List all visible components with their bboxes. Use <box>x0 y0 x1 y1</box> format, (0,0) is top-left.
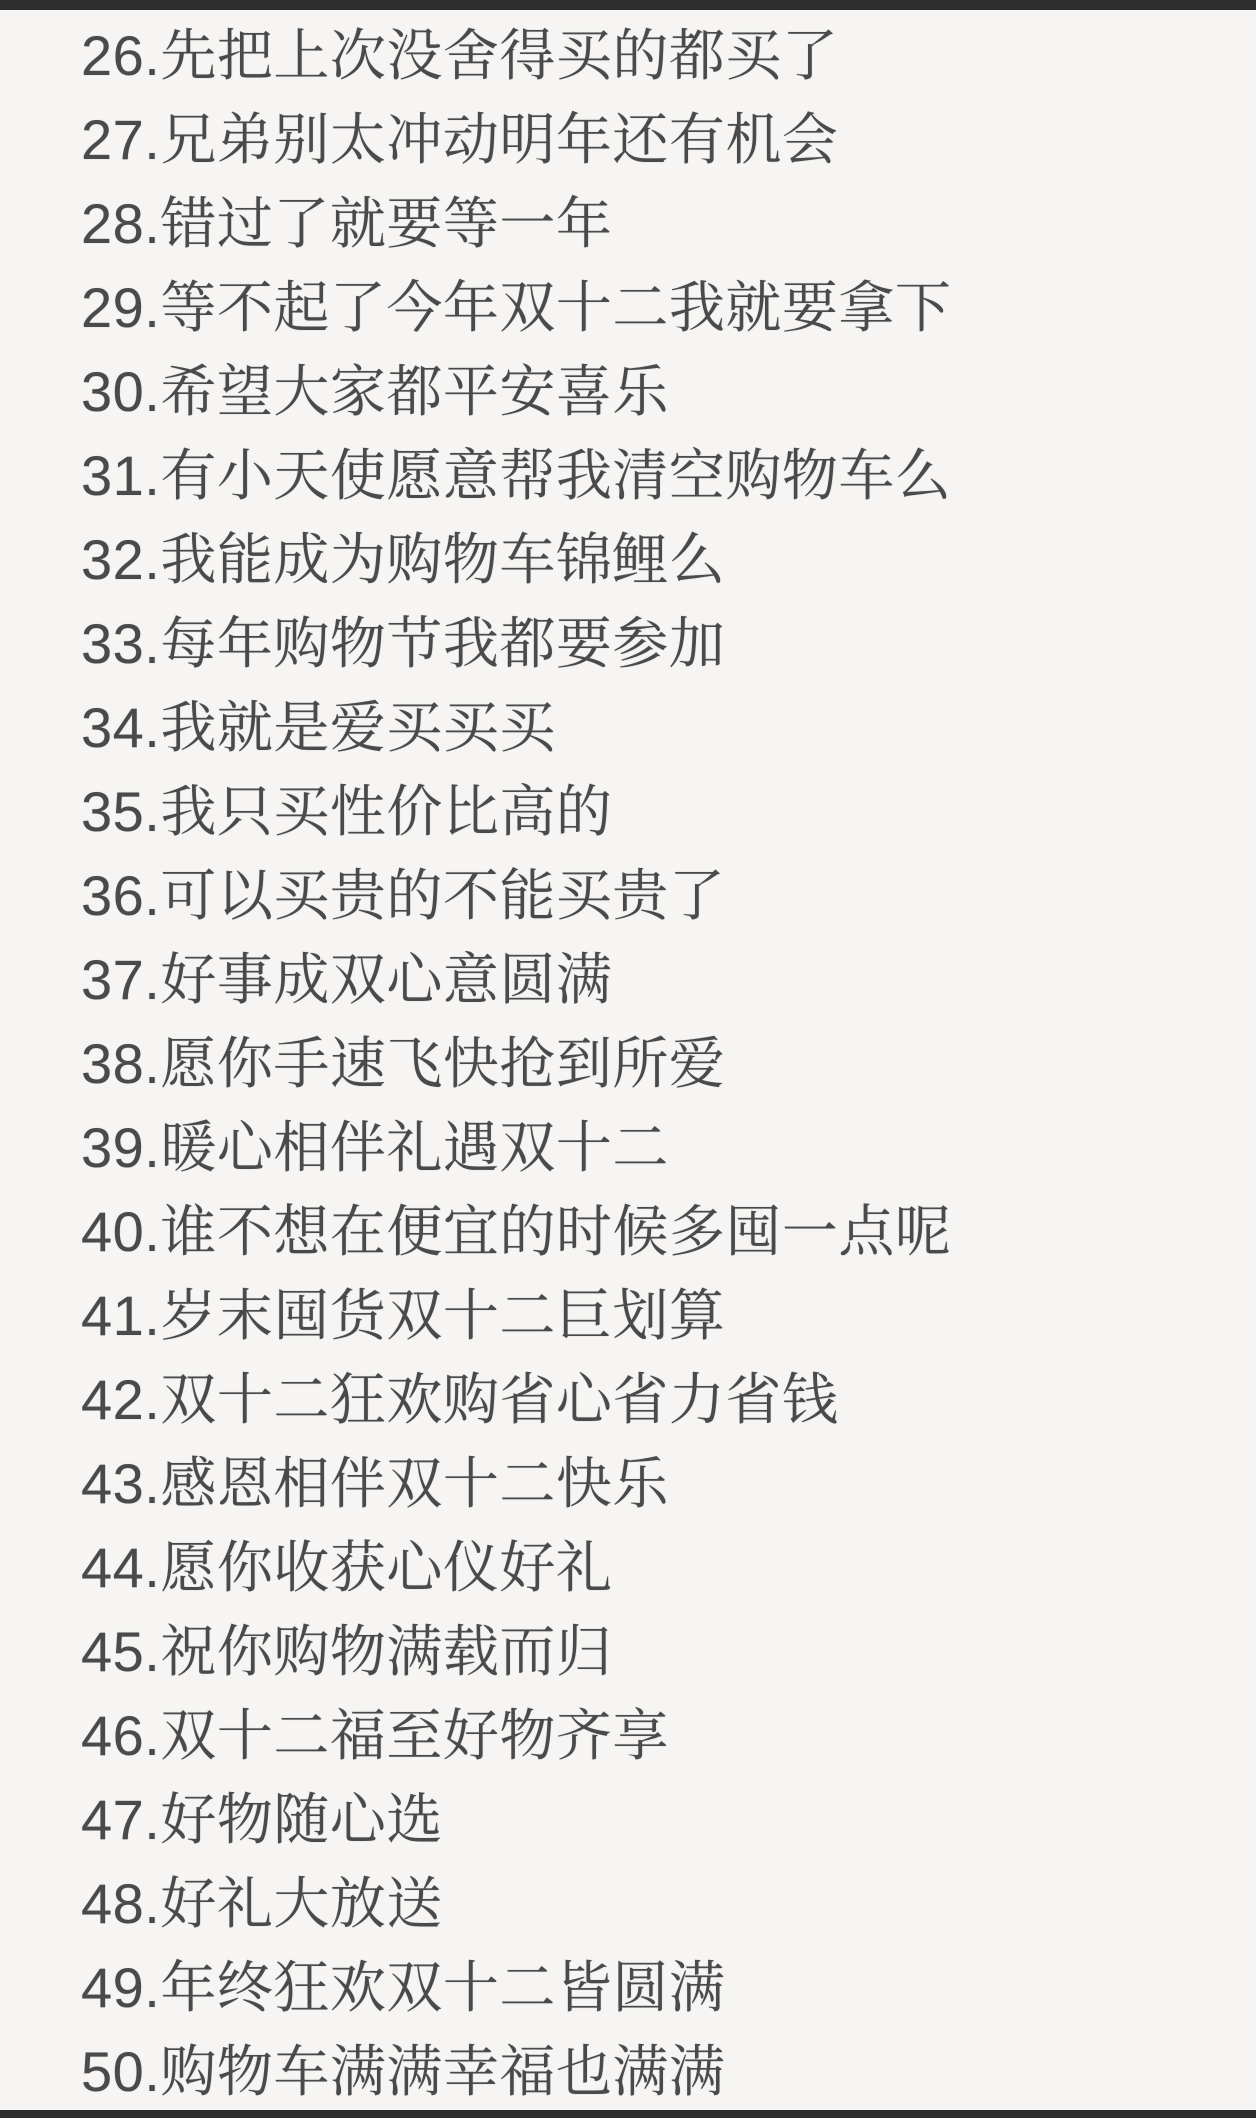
list-item: 46.双十二福至好物齐享 <box>81 1690 1240 1774</box>
list-item: 32.我能成为购物车锦鲤么 <box>81 514 1240 598</box>
list-item: 31.有小天使愿意帮我清空购物车么 <box>81 430 1240 514</box>
list-item: 43.感恩相伴双十二快乐 <box>81 1438 1240 1522</box>
list-item: 42.双十二狂欢购省心省力省钱 <box>81 1354 1240 1438</box>
list-item: 28.错过了就要等一年 <box>81 178 1240 262</box>
list-item: 29.等不起了今年双十二我就要拿下 <box>81 262 1240 346</box>
list-item: 38.愿你手速飞快抢到所爱 <box>81 1018 1240 1102</box>
phrase-list: 26.先把上次没舍得买的都买了27.兄弟别太冲动明年还有机会28.错过了就要等一… <box>0 10 1256 2110</box>
bottom-bar <box>0 2110 1256 2118</box>
list-item: 34.我就是爱买买买 <box>81 682 1240 766</box>
list-item: 27.兄弟别太冲动明年还有机会 <box>81 94 1240 178</box>
list-item: 49.年终狂欢双十二皆圆满 <box>81 1942 1240 2026</box>
list-item: 45.祝你购物满载而归 <box>81 1606 1240 1690</box>
top-bar <box>0 0 1256 10</box>
list-item: 36.可以买贵的不能买贵了 <box>81 850 1240 934</box>
list-item: 41.岁末囤货双十二巨划算 <box>81 1270 1240 1354</box>
list-item: 50.购物车满满幸福也满满 <box>81 2026 1240 2110</box>
screenshot-root: 26.先把上次没舍得买的都买了27.兄弟别太冲动明年还有机会28.错过了就要等一… <box>0 0 1256 2118</box>
list-item: 33.每年购物节我都要参加 <box>81 598 1240 682</box>
list-item: 40.谁不想在便宜的时候多囤一点呢 <box>81 1186 1240 1270</box>
list-item: 30.希望大家都平安喜乐 <box>81 346 1240 430</box>
list-item: 44.愿你收获心仪好礼 <box>81 1522 1240 1606</box>
list-item: 26.先把上次没舍得买的都买了 <box>81 10 1240 94</box>
list-item: 39.暖心相伴礼遇双十二 <box>81 1102 1240 1186</box>
list-item: 47.好物随心选 <box>81 1774 1240 1858</box>
list-item: 35.我只买性价比高的 <box>81 766 1240 850</box>
list-item: 48.好礼大放送 <box>81 1858 1240 1942</box>
list-item: 37.好事成双心意圆满 <box>81 934 1240 1018</box>
